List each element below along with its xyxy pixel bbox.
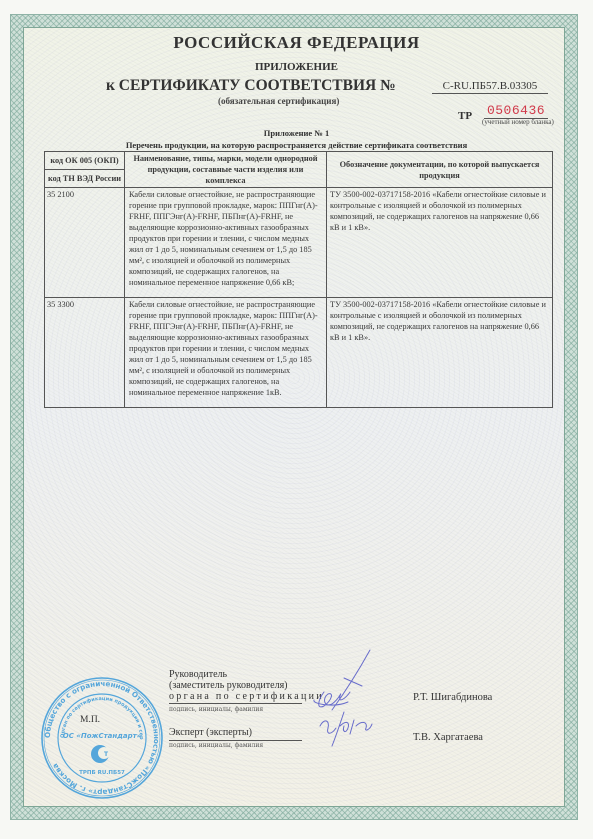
annex-heading: ПРИЛОЖЕНИЕ [0, 61, 593, 73]
table-row: 35 3300 Кабели силовые огнестойкие, не р… [45, 298, 553, 408]
svg-text:ТРПБ RU.ПБ57: ТРПБ RU.ПБ57 [79, 770, 125, 776]
expert-signature-line [169, 740, 302, 741]
row-documentation: ТУ 3500-002-03717158-2016 «Кабели огнест… [327, 298, 553, 408]
head-signature-caption: подпись, инициалы, фамилия [169, 706, 263, 713]
expert-label: Эксперт (эксперты) [169, 727, 252, 738]
table-header-row: код ОК 005 (ОКП) Наименование, типы, мар… [45, 152, 553, 170]
certificate-type: (обязательная сертификация) [218, 96, 339, 106]
row-description: Кабели силовые огнестойкие, не распростр… [125, 298, 327, 408]
product-list-title: Перечень продукции, на которую распростр… [0, 140, 593, 150]
blank-number-caption: (учетный номер бланка) [482, 118, 554, 126]
products-table: код ОК 005 (ОКП) Наименование, типы, мар… [44, 151, 553, 408]
annex-number: Приложение № 1 [0, 128, 593, 138]
header-code-okp: код ОК 005 (ОКП) [45, 152, 125, 170]
header-code-tn-ved: код ТН ВЭД России [45, 170, 125, 188]
head-title-body: органа по сертификации [169, 691, 324, 702]
security-microtext: · · · · · · · · · · · · · · · · · · · · … [121, 812, 332, 816]
header-product-name: Наименование, типы, марки, модели одноро… [125, 152, 327, 188]
row-code: 35 3300 [45, 298, 125, 408]
handwritten-signatures-icon [310, 648, 400, 748]
blank-number: 0506436 [484, 103, 548, 119]
certificate-number: C-RU.ПБ57.B.03305 [432, 80, 548, 94]
seal-stamp-icon: Общество с ограниченной Ответственностью… [40, 676, 164, 800]
head-name: Р.Т. Шигабдинова [413, 692, 492, 703]
head-title: Руководитель [169, 669, 324, 680]
seal-label: М.П. [80, 715, 100, 725]
tr-label: ТР [458, 110, 472, 122]
head-signature-label: Руководитель (заместитель руководителя) … [169, 669, 324, 702]
head-signature-line [169, 703, 302, 704]
svg-text:ОС «ПожСтандарт»: ОС «ПожСтандарт» [63, 732, 142, 740]
header-documentation: Обозначение документации, по которой вып… [327, 152, 553, 188]
expert-signature-caption: подпись, инициалы, фамилия [169, 742, 263, 749]
row-documentation: ТУ 3500-002-03717158-2016 «Кабели огнест… [327, 188, 553, 298]
row-code: 35 2100 [45, 188, 125, 298]
expert-name: Т.В. Харгатаева [413, 732, 483, 743]
certificate-title: к СЕРТИФИКАТУ СООТВЕТСТВИЯ № [106, 77, 396, 95]
head-title-deputy: (заместитель руководителя) [169, 680, 324, 691]
table-row: 35 2100 Кабели силовые огнестойкие, не р… [45, 188, 553, 298]
country-title: РОССИЙСКАЯ ФЕДЕРАЦИЯ [0, 33, 593, 53]
row-description: Кабели силовые огнестойкие, не распростр… [125, 188, 327, 298]
